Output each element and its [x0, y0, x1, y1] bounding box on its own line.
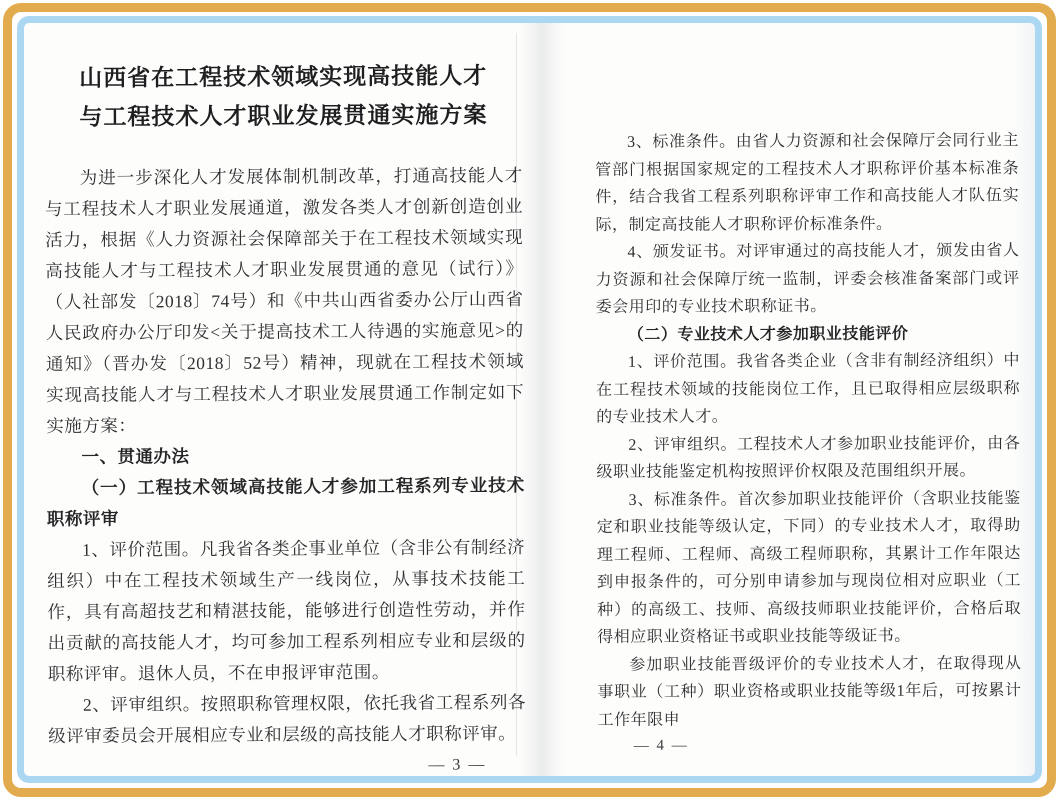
paragraph-item-3: 3、标准条件。由省人力资源和社会保障厅会同行业主管部门根据国家规定的工程技术人才…	[595, 127, 1019, 239]
inner-blue-border: 山西省在工程技术领域实现高技能人才 与工程技术人才职业发展贯通实施方案 为进一步…	[17, 16, 1042, 783]
paragraph-item-2: 2、评审组织。按照职称管理权限，依托我省工程系列各级评审委员会开展相应专业和层级…	[48, 687, 526, 752]
subsection-heading-1-2: （二）专业技术人才参加职业技能评价	[596, 320, 1020, 349]
paragraph-item-6: 2、评审组织。工程技术人才参加职业技能评价，由各级职业技能鉴定机构按照评价权限及…	[596, 430, 1020, 487]
page-number-left: — 3 —	[48, 756, 526, 777]
paragraph-item-1: 1、评价范围。凡我省各类企事业单位（含非公有制经济组织）中在工程技术领域生产一线…	[47, 532, 526, 690]
paragraph-item-4: 4、颁发证书。对评审通过的高技能人才，颁发由省人力资源和社会保障厅统一监制，评委…	[595, 237, 1019, 321]
paragraph-continuation: 参加职业技能晋级评价的专业技术人才，在取得现从事职业（工种）职业资格或职业技能等…	[597, 650, 1021, 734]
scanned-document: 山西省在工程技术领域实现高技能人才 与工程技术人才职业发展贯通实施方案 为进一步…	[0, 0, 1059, 800]
document-sheet: 山西省在工程技术领域实现高技能人才 与工程技术人才职业发展贯通实施方案 为进一步…	[24, 23, 1035, 776]
paragraph-item-7: 3、标准条件。首次参加职业技能评价（含职业技能鉴定和职业技能等级认定，下同）的专…	[597, 485, 1022, 652]
document-title-line-2: 与工程技术人才职业发展贯通实施方案	[44, 95, 522, 137]
page-number-right: — 4 —	[598, 736, 1022, 755]
section-heading-1: 一、贯通办法	[46, 439, 524, 473]
right-page: 3、标准条件。由省人力资源和社会保障厅会同行业主管部门根据国家规定的工程技术人才…	[595, 127, 1022, 755]
document-title: 山西省在工程技术领域实现高技能人才 与工程技术人才职业发展贯通实施方案	[44, 56, 522, 137]
subsection-heading-1-1: （一）工程技术领域高技能人才参加工程系列专业技术职称评审	[47, 470, 525, 535]
page-fold-shadow	[518, 23, 570, 776]
left-page: 山西省在工程技术领域实现高技能人才 与工程技术人才职业发展贯通实施方案 为进一步…	[44, 48, 526, 777]
paragraph-intro: 为进一步深化人才发展体制机制改革，打通高技能人才与工程技术人才职业发展通道，激发…	[45, 160, 525, 442]
document-title-line-1: 山西省在工程技术领域实现高技能人才	[44, 56, 522, 98]
paragraph-item-5: 1、评价范围。我省各类企业（含非有制经济组织）中在工程技术领域的技能岗位工作，且…	[596, 347, 1020, 431]
